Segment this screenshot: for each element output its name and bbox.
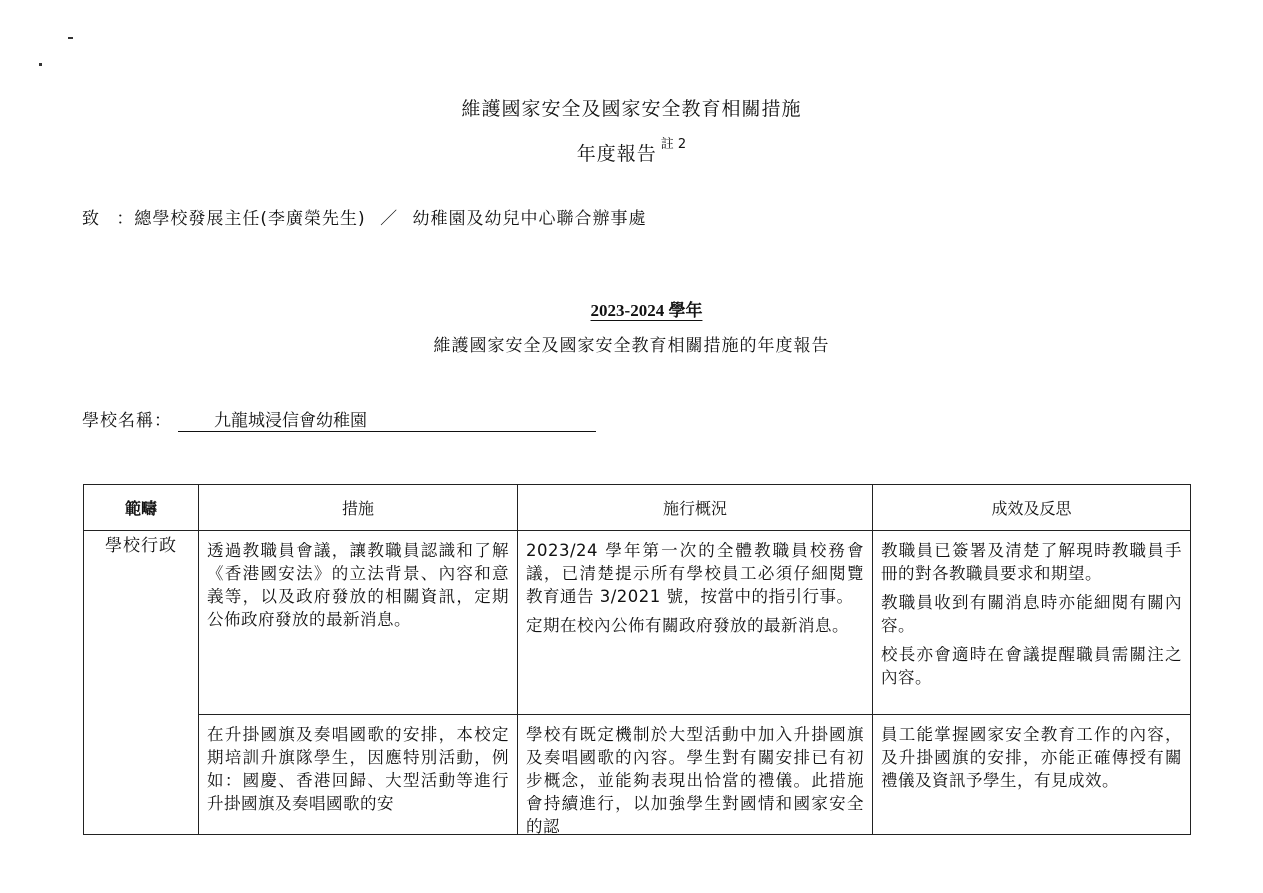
implementation-cell: 學校有既定機制於大型活動中加入升掛國旗及奏唱國歌的內容。學生對有關安排已有初步概… [518,715,873,835]
scan-speck [68,37,73,39]
table-row: 學校行政 透過教職員會議，讓教職員認識和了解《香港國安法》的立法背景、內容和意義… [84,531,1191,715]
report-title: 維護國家安全及國家安全教育相關措施的年度報告 [0,331,1263,356]
measures-text: 透過教職員會議，讓教職員認識和了解《香港國安法》的立法背景、內容和意義等，以及政… [207,539,509,631]
category-label: 學校行政 [105,536,177,556]
header-measures: 措施 [199,485,518,531]
school-year: 2023-2024 學年 [561,301,703,320]
implementation-text: 學校有既定機制於大型活動中加入升掛國旗及奏唱國歌的內容。學生對有關安排已有初步概… [526,723,864,834]
to-colon: ： [116,209,134,229]
recipient-separator: ／ [380,209,398,229]
document-subtitle: 年度報告註 2 [0,139,1263,166]
measures-cell: 透過教職員會議，讓教職員認識和了解《香港國安法》的立法背景、內容和意義等，以及政… [199,531,518,715]
document-title: 維護國家安全及國家安全教育相關措施 [0,94,1263,121]
effectiveness-text: 教職員已簽署及清楚了解現時教職員手冊的對各教職員要求和期望。 [881,539,1182,585]
implementation-cell: 2023/24 學年第一次的全體教職員校務會議，已清楚提示所有學校員工必須仔細閱… [518,531,873,715]
implementation-text: 定期在校內公佈有關政府發放的最新消息。 [526,614,864,637]
report-table: 範疇 措施 施行概況 成效及反思 學校行政 透過教職員會議，讓教職員認識和了解《… [83,484,1191,835]
recipient-2: 幼稚園及幼兒中心聯合辦事處 [412,209,646,229]
recipient-1: 總學校發展主任(李廣榮先生) [134,209,365,229]
implementation-text: 2023/24 學年第一次的全體教職員校務會議，已清楚提示所有學校員工必須仔細閱… [526,539,864,608]
effectiveness-text: 校長亦會適時在會議提醒職員需關注之內容。 [881,643,1182,689]
table-row: 在升掛國旗及奏唱國歌的安排，本校定期培訓升旗隊學生，因應特別活動，例如：國慶、香… [84,715,1191,835]
effectiveness-text: 員工能掌握國家安全教育工作的內容，及升掛國旗的安排，亦能正確傳授有關禮儀及資訊予… [881,723,1182,792]
measures-text: 在升掛國旗及奏唱國歌的安排，本校定期培訓升旗隊學生，因應特別活動，例如：國慶、香… [207,723,509,815]
school-name-label: 學校名稱： [82,411,172,431]
table-header-row: 範疇 措施 施行概況 成效及反思 [84,485,1191,531]
effectiveness-cell: 員工能掌握國家安全教育工作的內容，及升掛國旗的安排，亦能正確傳授有關禮儀及資訊予… [873,715,1191,835]
measures-cell: 在升掛國旗及奏唱國歌的安排，本校定期培訓升旗隊學生，因應特別活動，例如：國慶、香… [199,715,518,835]
category-cell: 學校行政 [84,531,199,835]
header-implementation: 施行概況 [518,485,873,531]
recipient-line: 致 ：總學校發展主任(李廣榮先生) ／ 幼稚園及幼兒中心聯合辦事處 [82,204,646,229]
header-category: 範疇 [84,485,199,531]
school-name-line: 學校名稱：九龍城浸信會幼稚園 [82,406,596,432]
school-year-heading: 2023-2024 學年 [0,296,1263,321]
scan-speck [39,63,42,66]
effectiveness-text: 教職員收到有關消息時亦能細閱有關內容。 [881,591,1182,637]
footnote-marker: 註 2 [661,137,686,152]
subtitle-text: 年度報告 [577,143,657,165]
header-effectiveness: 成效及反思 [873,485,1191,531]
effectiveness-cell: 教職員已簽署及清楚了解現時教職員手冊的對各教職員要求和期望。 教職員收到有關消息… [873,531,1191,715]
to-label: 致 [82,209,100,229]
school-name-value: 九龍城浸信會幼稚園 [178,406,596,432]
